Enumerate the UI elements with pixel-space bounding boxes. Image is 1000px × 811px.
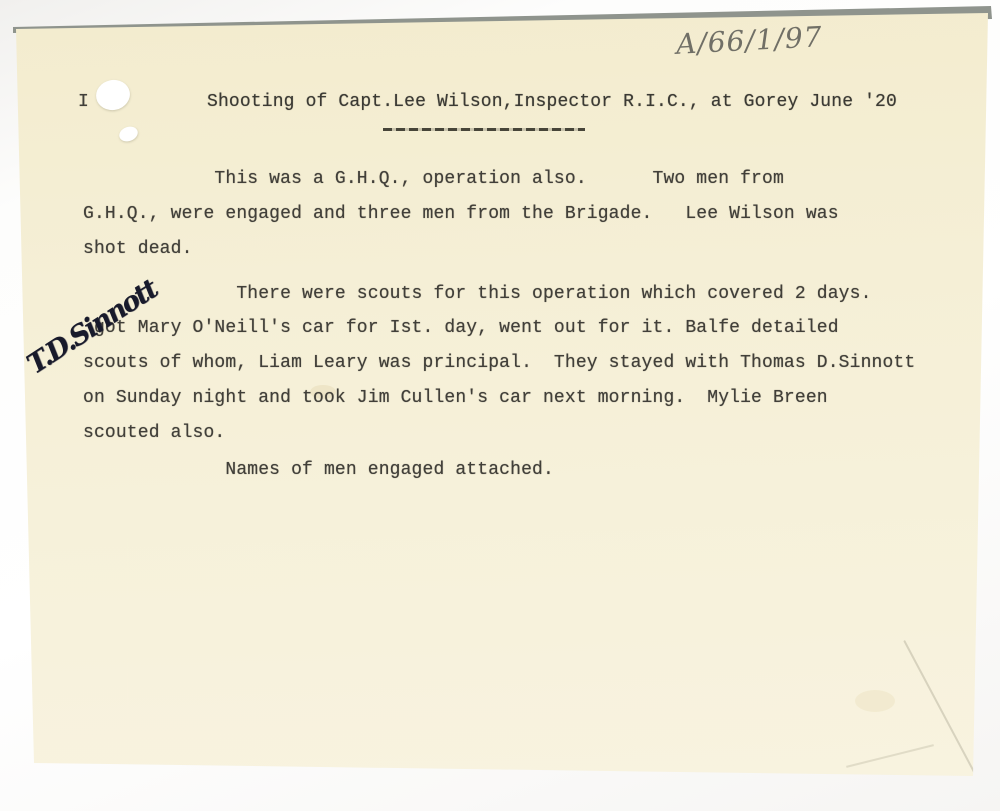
body-line: Names of men engaged attached. [83, 460, 554, 482]
title-underline [383, 128, 585, 131]
punch-hole-small [117, 124, 140, 144]
body-line: on Sunday night and took Jim Cullen's ca… [83, 388, 828, 410]
paper-stain [855, 690, 895, 712]
body-line: G.H.Q., were engaged and three men from … [83, 204, 839, 226]
body-line: This was a G.H.Q., operation also. Two m… [83, 169, 784, 191]
margin-numeral: I [78, 92, 89, 114]
body-line: scouted also. [83, 423, 225, 445]
body-line: There were scouts for this operation whi… [83, 284, 872, 306]
paper-crease [903, 640, 975, 773]
scanned-document: A/66/1/97 I Shooting of Capt.Lee Wilson,… [0, 0, 1000, 811]
document-title: Shooting of Capt.Lee Wilson,Inspector R.… [207, 92, 897, 114]
scan-background: { "archive_ref": "A/66/1/97", "page": { … [0, 0, 1000, 811]
punch-hole-large [93, 77, 132, 113]
body-line: shot dead. [83, 239, 193, 261]
archive-reference: A/66/1/97 [675, 20, 823, 61]
body-line: scouts of whom, Liam Leary was principal… [83, 353, 915, 375]
paper-crease [846, 744, 934, 768]
paper-sheet: A/66/1/97 I Shooting of Capt.Lee Wilson,… [0, 0, 1000, 811]
body-line: got Mary O'Neill's car for Ist. day, wen… [83, 318, 839, 340]
